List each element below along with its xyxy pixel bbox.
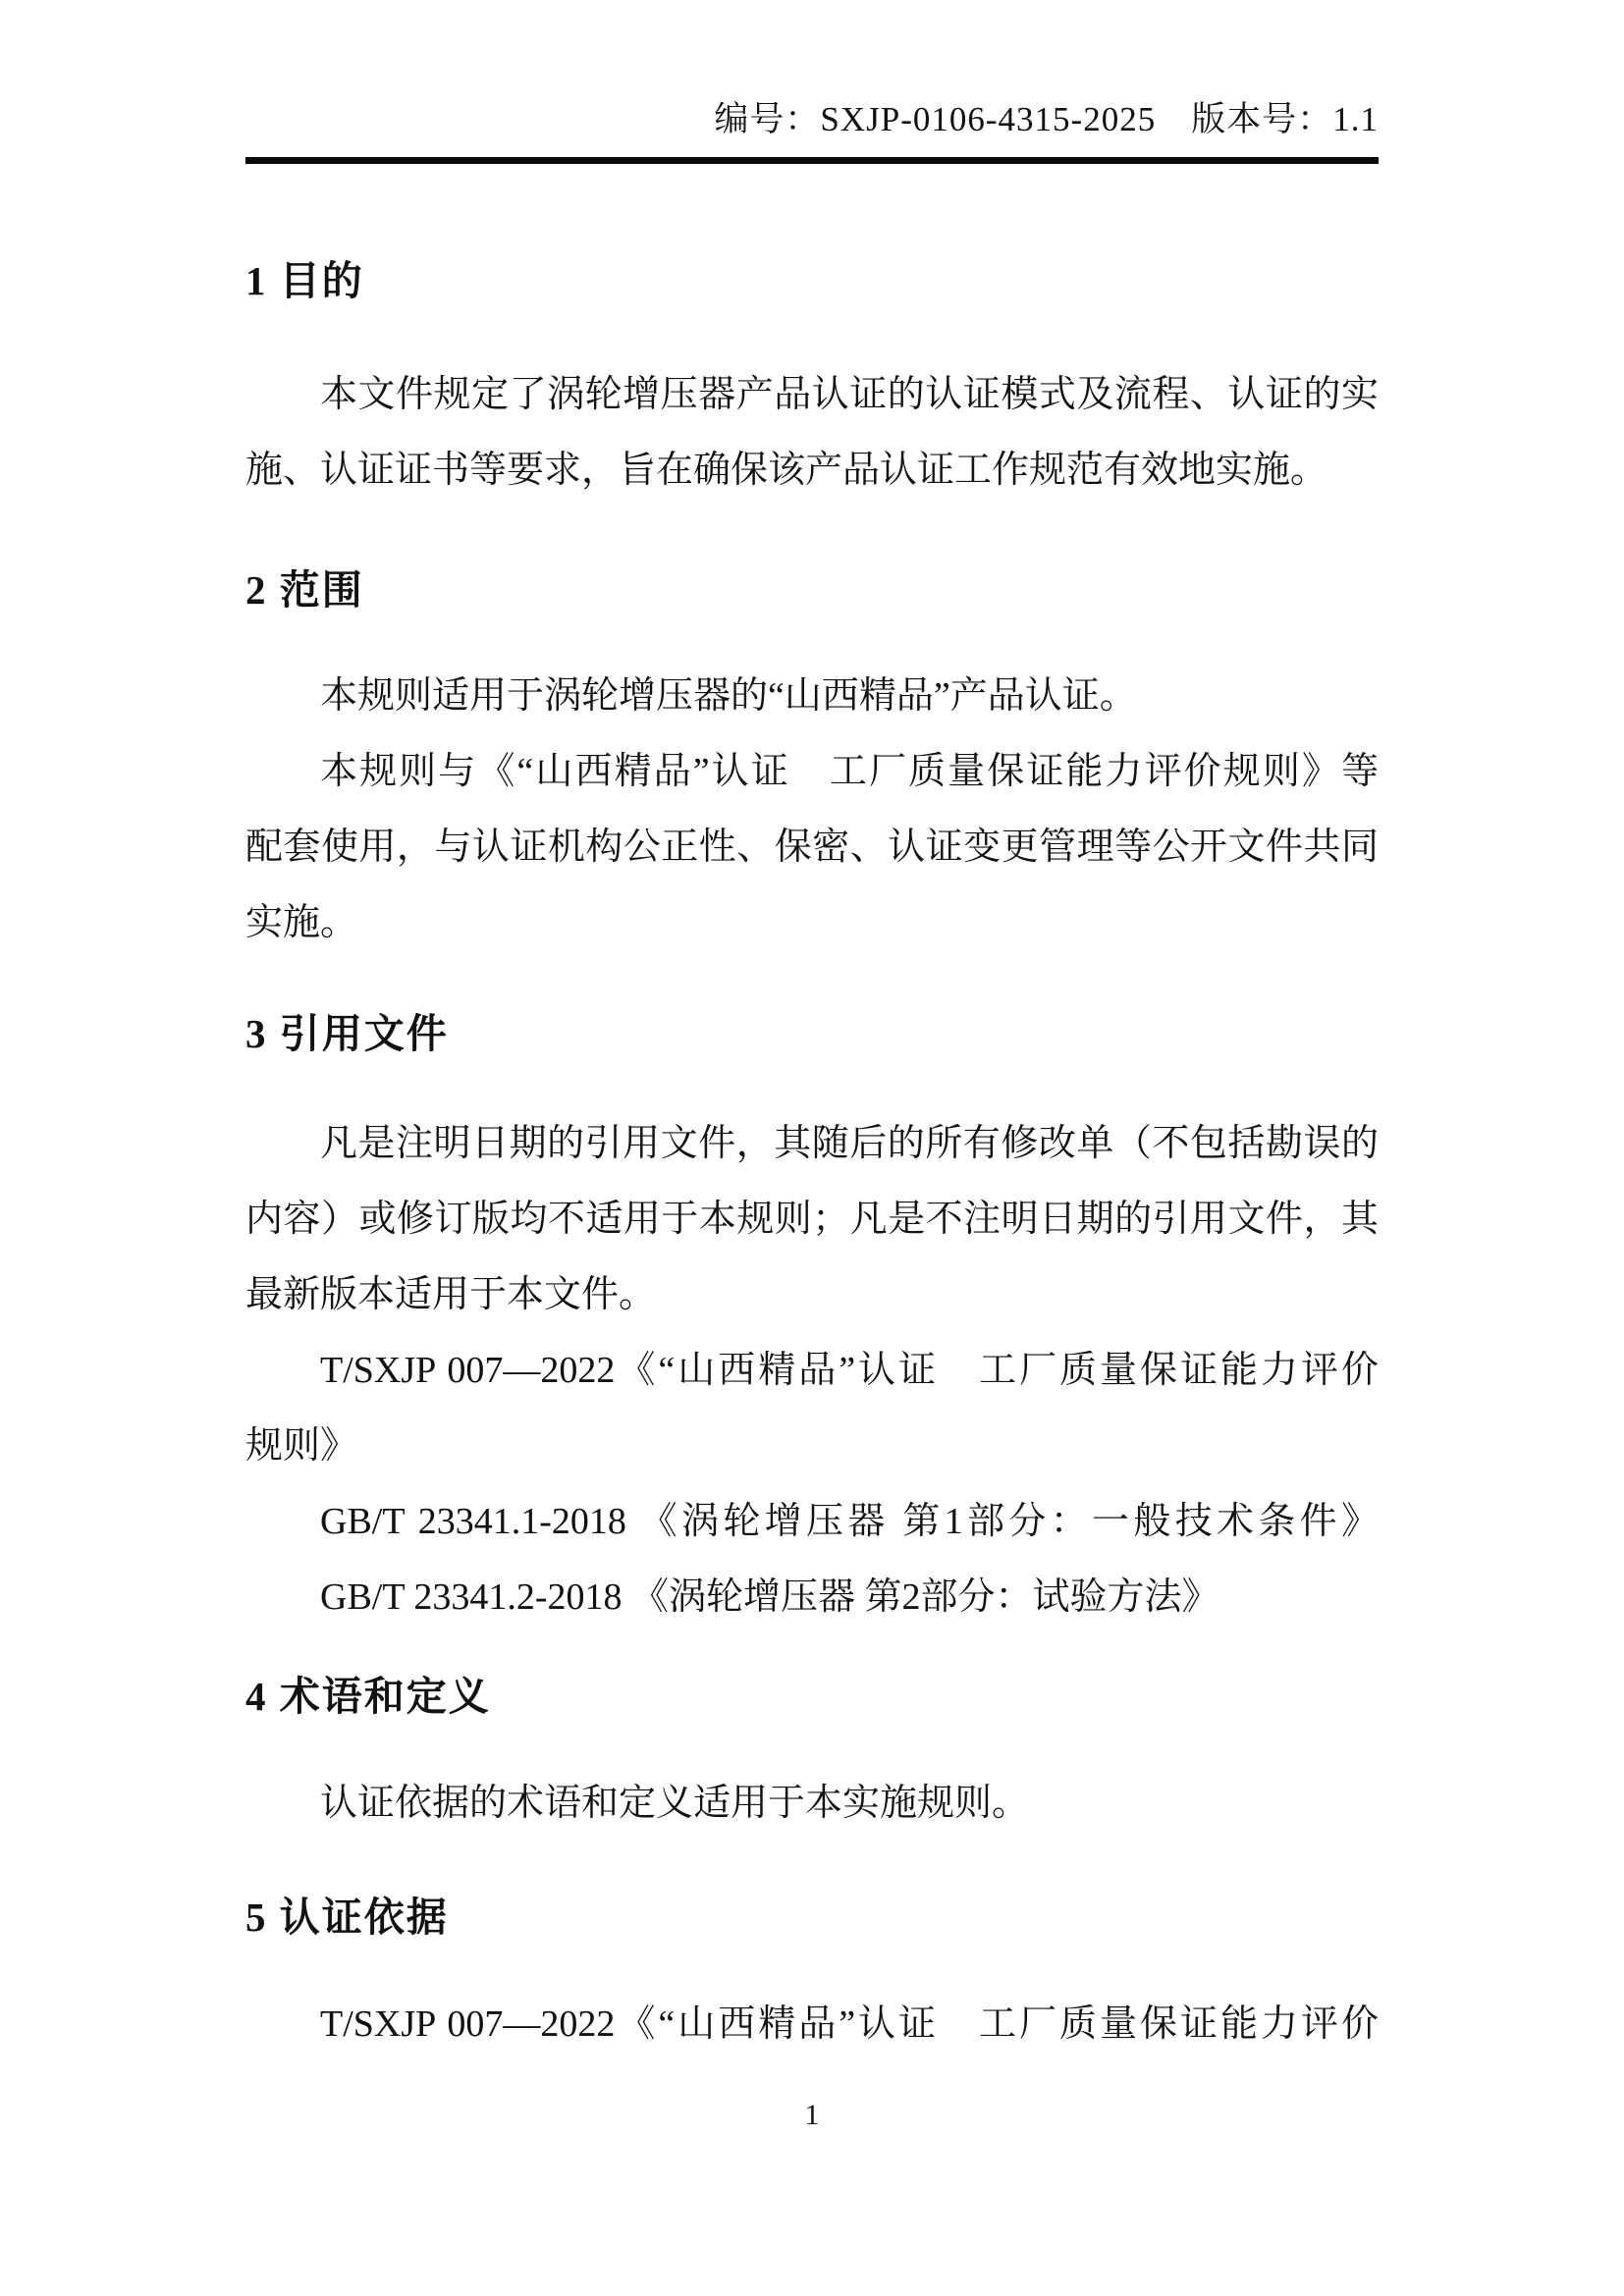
section-purpose: 1 目的 本文件规定了涡轮增压器产品认证的认证模式及流程、认证的实 施、认证证书… — [245, 258, 1379, 508]
section-certification-basis: 5 认证依据 T/SXJP 007—2022《“山西精品”认证 工厂质量保证能力… — [245, 1895, 1379, 2062]
header-rule — [245, 157, 1379, 164]
section-heading-basis: 5 认证依据 — [245, 1895, 1379, 1940]
text-line: 本文件规定了涡轮增压器产品认证的认证模式及流程、认证的实 — [245, 357, 1379, 433]
page-header: 编号：SXJP-0106-4315-2025 版本号：1.1 — [245, 0, 1379, 141]
section-heading-scope: 2 范围 — [245, 567, 1379, 613]
text-line: 实施。 — [245, 885, 1379, 961]
version-label: 版本号： — [1191, 100, 1332, 138]
text-line: 凡是注明日期的引用文件，其随后的所有修改单（不包括勘误的 — [245, 1106, 1379, 1182]
section-terms-definitions: 4 术语和定义 认证依据的术语和定义适用于本实施规则。 — [245, 1674, 1379, 1842]
text-line: T/SXJP 007—2022《“山西精品”认证 工厂质量保证能力评价 — [245, 1987, 1379, 2062]
header-spacer — [1156, 100, 1191, 138]
document-page: 编号：SXJP-0106-4315-2025 版本号：1.1 1 目的 本文件规… — [0, 0, 1624, 2296]
section-referenced-documents: 3 引用文件 凡是注明日期的引用文件，其随后的所有修改单（不包括勘误的 内容）或… — [245, 1011, 1379, 1635]
text-line: 最新版本适用于本文件。 — [245, 1257, 1379, 1333]
text-line: 内容）或修订版均不适用于本规则；凡是不注明日期的引用文件，其 — [245, 1182, 1379, 1257]
page-number: 1 — [805, 2099, 820, 2131]
page-footer: 1 — [245, 2096, 1379, 2135]
text-line: 施、认证证书等要求，旨在确保该产品认证工作规范有效地实施。 — [245, 433, 1379, 508]
text-line: 本规则适用于涡轮增压器的“山西精品”产品认证。 — [245, 659, 1379, 734]
version-number: 1.1 — [1332, 100, 1379, 138]
section-heading-references: 3 引用文件 — [245, 1011, 1379, 1056]
text-line: 规则》 — [245, 1409, 1379, 1484]
section-heading-purpose: 1 目的 — [245, 258, 1379, 303]
text-line: GB/T 23341.1-2018 《涡轮增压器 第1部分：一般技术条件》 — [245, 1484, 1379, 1560]
text-line: 配套使用，与认证机构公正性、保密、认证变更管理等公开文件共同 — [245, 810, 1379, 885]
doc-number-label: 编号： — [714, 100, 820, 138]
text-line: 认证依据的术语和定义适用于本实施规则。 — [245, 1766, 1379, 1842]
section-heading-terms: 4 术语和定义 — [245, 1674, 1379, 1719]
section-scope: 2 范围 本规则适用于涡轮增压器的“山西精品”产品认证。 本规则与《“山西精品”… — [245, 567, 1379, 961]
text-line: 本规则与《“山西精品”认证 工厂质量保证能力评价规则》等 — [245, 734, 1379, 810]
doc-number: SXJP-0106-4315-2025 — [820, 100, 1156, 138]
text-line: T/SXJP 007—2022《“山西精品”认证 工厂质量保证能力评价 — [245, 1333, 1379, 1409]
text-line: GB/T 23341.2-2018 《涡轮增压器 第2部分：试验方法》 — [245, 1560, 1379, 1635]
